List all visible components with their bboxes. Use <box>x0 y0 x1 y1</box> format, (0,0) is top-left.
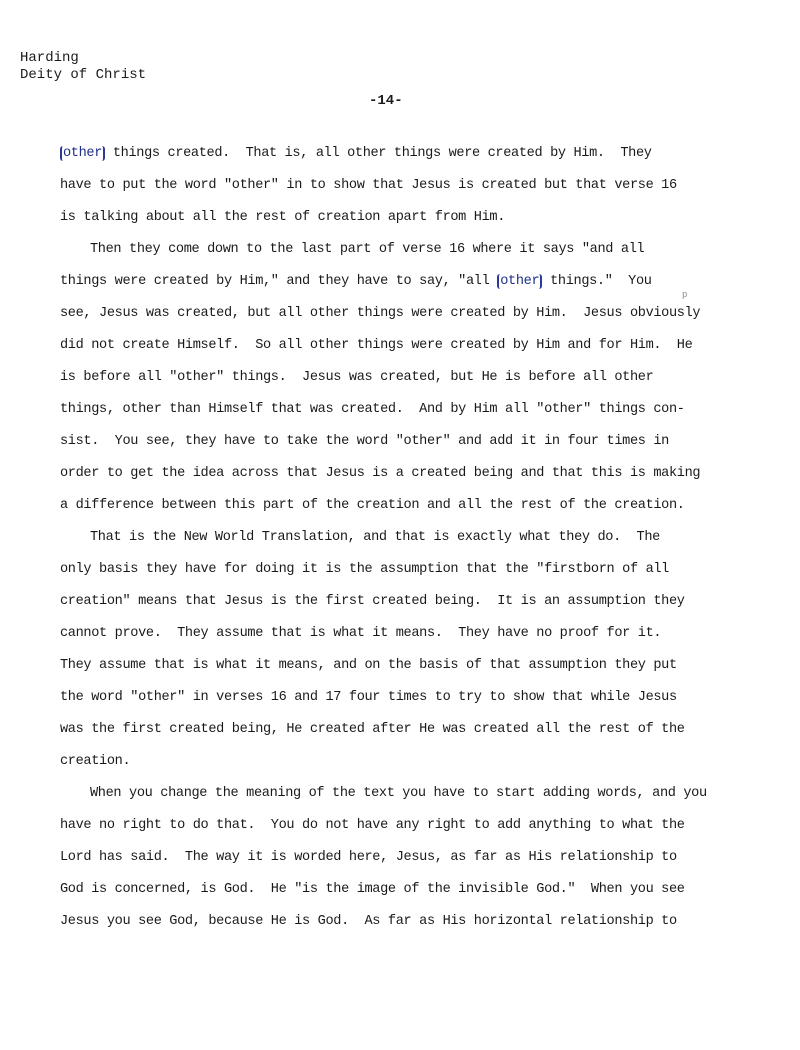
line-text: things, other than Himself that was crea… <box>60 402 685 417</box>
text-line: sist. You see, they have to take the wor… <box>60 428 760 460</box>
handwritten-bracket-insertion: other <box>497 274 542 289</box>
line-text: That is the New World Translation, and t… <box>90 530 660 545</box>
line-text: Lord has said. The way it is worded here… <box>60 850 677 865</box>
text-line: When you change the meaning of the text … <box>60 780 760 812</box>
line-text: see, Jesus was created, but all other th… <box>60 306 700 321</box>
text-line: things, other than Himself that was crea… <box>60 396 760 428</box>
text-line: That is the New World Translation, and t… <box>60 524 760 556</box>
text-line: Jesus you see God, because He is God. As… <box>60 908 760 940</box>
line-text: a difference between this part of the cr… <box>60 498 685 513</box>
page-number: -14- <box>369 93 403 109</box>
line-text: They assume that is what it means, and o… <box>60 658 677 673</box>
line-text: God is concerned, is God. He "is the ima… <box>60 882 685 897</box>
text-line: Then they come down to the last part of … <box>60 236 760 268</box>
text-line: creation. <box>60 748 760 780</box>
line-text: things created. That is, all other thing… <box>105 146 652 161</box>
text-line: was the first created being, He created … <box>60 716 760 748</box>
text-line: a difference between this part of the cr… <box>60 492 760 524</box>
line-text: is before all "other" things. Jesus was … <box>60 370 653 385</box>
text-line: cannot prove. They assume that is what i… <box>60 620 760 652</box>
line-text: did not create Himself. So all other thi… <box>60 338 692 353</box>
line-text: only basis they have for doing it is the… <box>60 562 669 577</box>
line-text: was the first created being, He created … <box>60 722 685 737</box>
line-text: sist. You see, they have to take the wor… <box>60 434 669 449</box>
line-text: When you change the meaning of the text … <box>90 786 707 801</box>
text-line: is talking about all the rest of creatio… <box>60 204 760 236</box>
line-text: order to get the idea across that Jesus … <box>60 466 700 481</box>
handwritten-bracket-insertion: other <box>60 146 105 161</box>
text-line: other things created. That is, all other… <box>60 140 760 172</box>
line-text: cannot prove. They assume that is what i… <box>60 626 661 641</box>
text-line: order to get the idea across that Jesus … <box>60 460 760 492</box>
text-line: Lord has said. The way it is worded here… <box>60 844 760 876</box>
line-text: have no right to do that. You do not hav… <box>60 818 685 833</box>
line-text: is talking about all the rest of creatio… <box>60 210 505 225</box>
line-text: Then they come down to the last part of … <box>90 242 644 257</box>
line-text: Jesus you see God, because He is God. As… <box>60 914 677 929</box>
text-line: see, Jesus was created, but all other th… <box>60 300 760 332</box>
text-line: God is concerned, is God. He "is the ima… <box>60 876 760 908</box>
line-text: creation" means that Jesus is the first … <box>60 594 685 609</box>
text-line: only basis they have for doing it is the… <box>60 556 760 588</box>
line-text: have to put the word "other" in to show … <box>60 178 677 193</box>
line-text: creation. <box>60 754 130 769</box>
body-text: other things created. That is, all other… <box>60 140 760 940</box>
text-line: is before all "other" things. Jesus was … <box>60 364 760 396</box>
text-line: the word "other" in verses 16 and 17 fou… <box>60 684 760 716</box>
line-text: things were created by Him," and they ha… <box>60 274 497 289</box>
text-line: have to put the word "other" in to show … <box>60 172 760 204</box>
author-name: Harding <box>20 50 146 67</box>
document-header: Harding Deity of Christ <box>20 50 146 84</box>
text-line: They assume that is what it means, and o… <box>60 652 760 684</box>
line-text: things." You <box>542 274 651 289</box>
document-title: Deity of Christ <box>20 67 146 84</box>
text-line: creation" means that Jesus is the first … <box>60 588 760 620</box>
text-line: things were created by Him," and they ha… <box>60 268 760 300</box>
text-line: did not create Himself. So all other thi… <box>60 332 760 364</box>
line-text: the word "other" in verses 16 and 17 fou… <box>60 690 677 705</box>
text-line: have no right to do that. You do not hav… <box>60 812 760 844</box>
